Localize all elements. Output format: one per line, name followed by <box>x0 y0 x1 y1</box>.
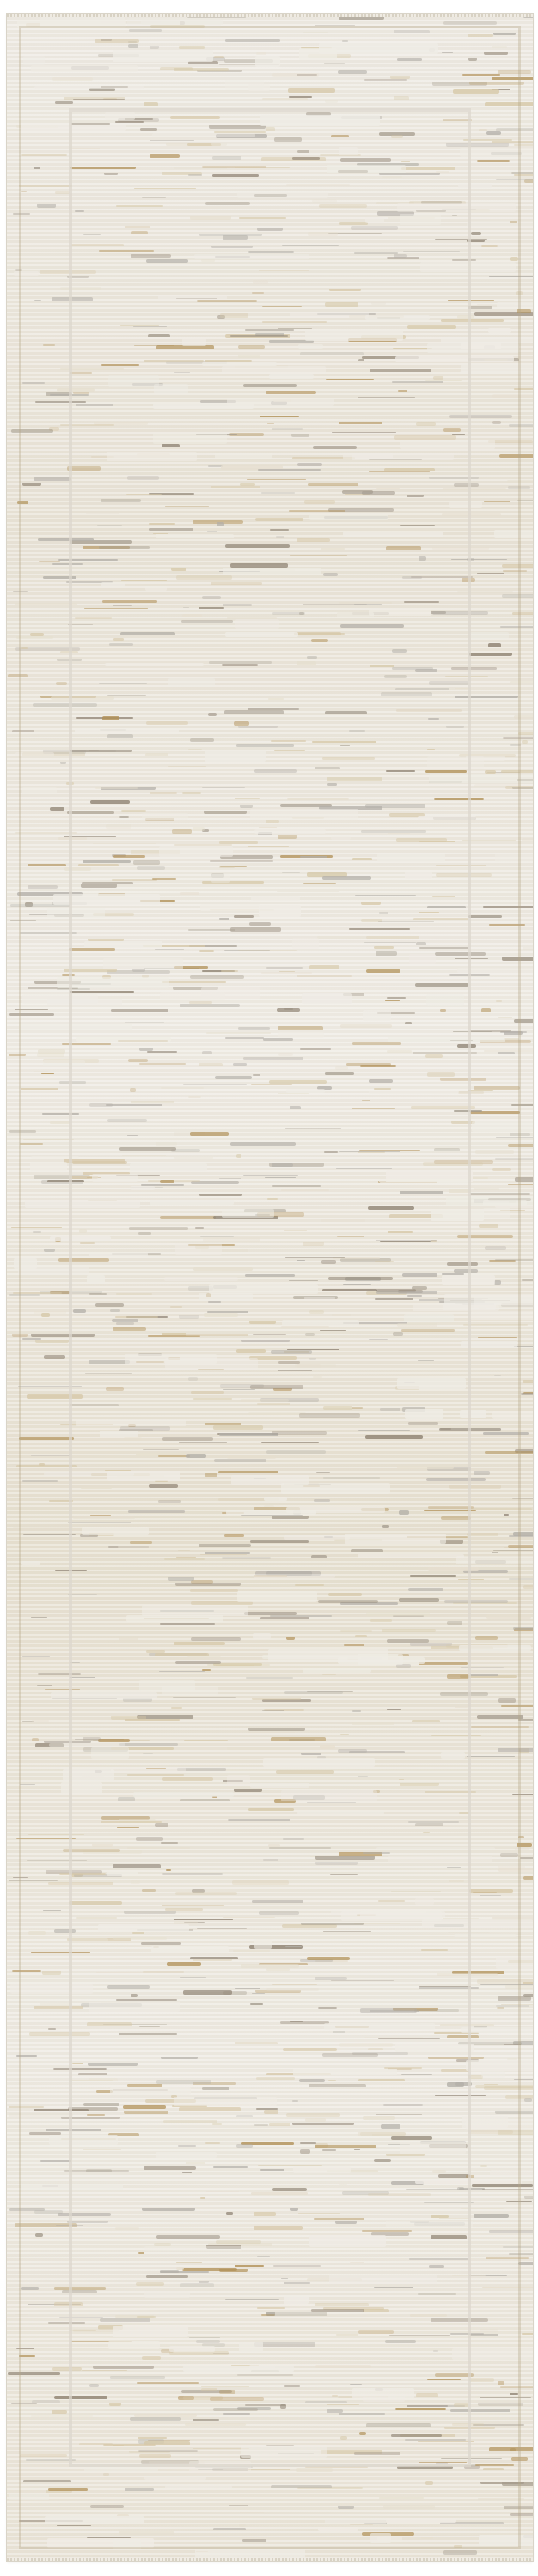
rug-highlight-patch <box>131 1186 155 1190</box>
rug-streak <box>307 1802 356 1803</box>
rug-streak <box>321 548 345 550</box>
rug-streak <box>327 2404 359 2405</box>
rug-streak <box>87 2537 131 2538</box>
rug-streak <box>143 1449 179 1450</box>
rug-streak <box>324 63 345 64</box>
rug-streak <box>64 1159 125 1163</box>
rug-highlight-patch <box>460 148 533 157</box>
rug-streak <box>240 805 253 808</box>
rug-streak <box>349 928 410 930</box>
rug-highlight-patch <box>14 271 39 276</box>
rug-streak <box>205 1473 218 1477</box>
rug-streak <box>86 513 119 514</box>
rug-streak <box>518 2262 533 2266</box>
rug-streak <box>248 2469 290 2470</box>
rug-streak <box>363 2116 396 2120</box>
rug-streak <box>113 1327 146 1332</box>
rug-streak <box>324 1151 338 1153</box>
rug-streak <box>355 895 416 896</box>
rug-highlight-patch <box>352 2388 415 2400</box>
rug-streak <box>447 1674 469 1679</box>
rug-streak <box>138 2450 197 2452</box>
rug-streak <box>522 838 533 841</box>
rug-streak <box>431 2235 467 2239</box>
rug-streak <box>522 1279 533 1281</box>
rug-streak <box>139 2454 170 2458</box>
rug-streak <box>253 1074 260 1076</box>
rug-streak <box>263 1038 294 1041</box>
rug-streak <box>408 1422 439 1425</box>
rug-streak <box>186 2162 205 2164</box>
rug-streak <box>92 1844 113 1847</box>
rug-streak <box>523 947 533 950</box>
rug-highlight-patch <box>174 2097 276 2106</box>
rug-streak <box>248 251 294 253</box>
rug-streak <box>297 463 322 466</box>
rug-streak <box>38 538 94 541</box>
rug-streak <box>11 1227 62 1229</box>
rug-streak <box>13 1877 28 1878</box>
rug-streak <box>344 1644 364 1646</box>
rug-streak <box>212 156 241 160</box>
rug-streak <box>206 1032 271 1035</box>
rug-streak <box>239 2524 246 2527</box>
rug-streak <box>294 632 341 635</box>
rug-streak <box>292 157 320 159</box>
rug-highlight-patch <box>324 2023 435 2030</box>
rug-streak <box>15 603 77 605</box>
rug-streak <box>486 1614 531 1619</box>
rug-streak <box>322 2053 378 2057</box>
rug-streak <box>225 39 280 42</box>
rug-streak <box>328 1593 361 1597</box>
rug-highlight-patch <box>105 112 135 120</box>
rug-highlight-patch <box>461 1341 517 1348</box>
rug-highlight-patch <box>45 2516 144 2524</box>
rug-streak <box>60 287 101 289</box>
rug-highlight-patch <box>365 315 431 320</box>
rug-highlight-patch <box>205 750 266 762</box>
rug-streak <box>66 2451 89 2452</box>
rug-streak <box>295 1584 324 1587</box>
rug-streak <box>62 1043 111 1045</box>
rug-highlight-patch <box>160 992 225 1000</box>
rug-streak <box>147 1051 176 1053</box>
rug-streak <box>225 544 289 548</box>
rug-streak <box>449 415 511 418</box>
rug-streak <box>159 1671 205 1673</box>
rug-streak <box>488 643 500 647</box>
rug-streak <box>517 1843 532 1847</box>
rug-streak <box>441 2458 502 2459</box>
rug-streak <box>419 912 439 913</box>
rug-streak <box>424 2202 474 2203</box>
rug-streak <box>123 2105 165 2108</box>
rug-streak <box>131 231 147 234</box>
rug-highlight-patch <box>31 65 138 72</box>
rug-streak <box>266 1450 326 1454</box>
rug-highlight-patch <box>125 1354 217 1364</box>
rug-streak <box>369 1339 388 1341</box>
rug-streak <box>352 1042 401 1045</box>
rug-streak <box>70 167 135 168</box>
rug-highlight-patch <box>379 1179 469 1183</box>
rug-streak <box>64 2372 111 2373</box>
rug-streak <box>138 2437 167 2439</box>
rug-highlight-patch <box>175 1243 222 1255</box>
rug-streak <box>331 1980 394 1982</box>
rug-streak <box>174 1642 225 1645</box>
rug-streak <box>237 2374 293 2376</box>
rug-streak <box>485 102 533 106</box>
rug-streak <box>119 2531 175 2535</box>
rug-streak <box>270 1615 333 1616</box>
rug-streak <box>283 2048 336 2051</box>
rug-highlight-patch <box>405 872 433 878</box>
rug-streak <box>249 1321 276 1324</box>
rug-streak <box>350 2384 362 2385</box>
rug-streak <box>401 167 455 170</box>
rug-streak <box>393 1332 403 1336</box>
rug-streak <box>284 2385 300 2387</box>
rug-streak <box>408 1821 459 1823</box>
rug-streak <box>241 1399 289 1402</box>
rug-streak <box>281 1326 330 1328</box>
rug-streak <box>164 1558 205 1560</box>
rug-streak <box>352 1710 360 1712</box>
rug-streak <box>43 1910 61 1911</box>
rug-streak <box>282 872 299 873</box>
rug-streak <box>54 2302 83 2306</box>
rug-streak <box>137 2382 199 2384</box>
rug-streak <box>190 975 244 980</box>
rug-streak <box>56 682 67 685</box>
rug-streak <box>83 860 131 862</box>
rug-streak <box>366 1612 430 1616</box>
rug-streak <box>482 2287 533 2288</box>
rug-highlight-patch <box>153 433 227 444</box>
rug-streak <box>121 580 168 582</box>
rug-highlight-patch <box>269 374 313 380</box>
rug-streak <box>299 612 304 615</box>
rug-highlight-patch <box>194 254 309 259</box>
rug-streak <box>41 1073 54 1075</box>
rug-streak <box>200 1554 247 1555</box>
rug-streak <box>402 576 422 579</box>
rug-streak <box>454 2545 462 2548</box>
rug-streak <box>286 2113 341 2117</box>
rug-streak <box>73 1309 85 1313</box>
rug-highlight-patch <box>250 1783 309 1788</box>
rug-highlight-patch <box>405 1409 443 1419</box>
rug-streak <box>53 2068 107 2071</box>
rug-streak <box>20 1143 44 1145</box>
rug-highlight-patch <box>222 366 326 375</box>
rug-streak <box>128 1059 148 1062</box>
rug-streak <box>403 251 460 252</box>
rug-highlight-patch <box>284 1535 349 1540</box>
rug-highlight-patch <box>281 1790 377 1802</box>
rug-highlight-patch <box>400 214 441 225</box>
rug-highlight-patch <box>298 344 323 349</box>
rug-streak <box>254 2342 315 2347</box>
rug-streak <box>359 1150 420 1151</box>
rug-highlight-patch <box>156 534 234 538</box>
rug-highlight-patch <box>318 2527 358 2531</box>
rug-streak <box>461 1667 504 1668</box>
rug-streak <box>376 2114 422 2115</box>
rug-streak <box>366 936 419 939</box>
rug-streak <box>183 1084 247 1085</box>
rug-streak <box>512 787 533 788</box>
rug-streak <box>118 1797 135 1801</box>
rug-streak <box>350 2262 364 2263</box>
rug-highlight-patch <box>397 1378 466 1389</box>
rug-streak <box>408 1588 443 1592</box>
rug-streak <box>262 98 308 100</box>
rug-streak <box>242 2539 266 2542</box>
rug-streak <box>217 1224 236 1224</box>
rug-highlight-patch <box>376 1847 495 1850</box>
rug-streak <box>174 1157 213 1158</box>
rug-highlight-patch <box>302 993 352 1004</box>
rug-highlight-patch <box>251 896 300 901</box>
rug-streak <box>85 1373 132 1375</box>
rug-highlight-patch <box>459 1645 532 1651</box>
rug-streak <box>426 1478 486 1480</box>
rug-streak <box>55 101 73 104</box>
rug-streak <box>9 2113 73 2117</box>
rug-highlight-patch <box>377 2537 402 2542</box>
rug-streak <box>315 767 340 769</box>
rug-streak <box>286 184 350 185</box>
rug-streak <box>489 924 524 926</box>
rug-streak <box>196 2340 220 2343</box>
rug-streak <box>297 150 309 153</box>
rug-streak <box>401 2074 432 2075</box>
rug-streak <box>73 99 125 100</box>
rug-streak <box>212 174 259 177</box>
rug-highlight-patch <box>107 1871 138 1876</box>
rug-streak <box>443 21 497 25</box>
rug-streak <box>104 738 144 739</box>
rug-highlight-patch <box>415 2180 522 2184</box>
rug-streak <box>241 1340 290 1342</box>
rug-streak <box>312 199 338 203</box>
rug-streak <box>236 1109 293 1109</box>
rug-streak <box>68 1594 97 1595</box>
rug-streak <box>199 2281 210 2283</box>
rug-streak <box>303 883 336 884</box>
rug-streak <box>327 783 336 786</box>
rug-streak <box>369 471 431 472</box>
rug-streak <box>183 607 188 608</box>
rug-streak <box>502 2482 533 2485</box>
rug-streak <box>443 428 462 432</box>
rug-highlight-patch <box>127 18 221 29</box>
rug-streak <box>405 1022 412 1024</box>
rug-streak <box>31 2415 93 2417</box>
rug-streak <box>103 2473 109 2476</box>
rug-streak <box>199 950 214 952</box>
rug-streak <box>366 969 400 973</box>
rug-streak <box>290 2208 299 2212</box>
rug-streak <box>239 217 287 219</box>
rug-streak <box>387 1709 401 1710</box>
rug-streak <box>142 1889 156 1892</box>
rug-streak <box>144 2166 196 2169</box>
rug-streak <box>120 1426 170 1430</box>
rug-streak <box>207 531 217 532</box>
rug-streak <box>326 379 373 380</box>
rug-highlight-patch <box>43 1060 85 1066</box>
rug-streak <box>207 1664 270 1666</box>
rug-streak <box>124 1911 176 1914</box>
rug-streak <box>170 1306 182 1307</box>
rug-streak <box>495 2111 533 2114</box>
rug-streak <box>366 2423 430 2427</box>
rug-highlight-patch <box>237 1591 317 1601</box>
rug-streak <box>40 1709 78 1711</box>
rug-streak <box>161 1842 178 1844</box>
rug-streak <box>146 721 188 724</box>
rug-streak <box>63 1849 120 1853</box>
rug-streak <box>340 624 404 628</box>
rug-streak <box>243 1057 303 1060</box>
rug-streak <box>287 798 348 800</box>
rug-streak <box>508 1144 533 1147</box>
rug-streak <box>351 1549 383 1552</box>
rug-streak <box>167 1962 201 1966</box>
rug-streak <box>19 1437 73 1440</box>
rug-streak <box>361 830 426 834</box>
rug-streak <box>116 1999 178 2001</box>
rug-streak <box>108 1641 114 1643</box>
rug-streak <box>415 1823 443 1826</box>
rug-streak <box>376 1291 437 1294</box>
rug-highlight-patch <box>388 1856 492 1863</box>
rug-streak <box>156 2080 211 2084</box>
rug-streak <box>217 522 224 526</box>
rug-highlight-patch <box>358 1554 465 1559</box>
rug-streak <box>20 1784 35 1785</box>
rug-streak <box>514 144 533 146</box>
rug-streak <box>149 523 175 525</box>
rug-streak <box>71 244 124 246</box>
rug-streak <box>391 1891 441 1892</box>
rug-highlight-patch <box>492 1411 533 1419</box>
rug-streak <box>352 1108 395 1109</box>
rug-streak <box>454 1269 478 1273</box>
rug-streak <box>290 2464 315 2464</box>
rug-streak <box>271 740 306 742</box>
rug-streak <box>199 1063 222 1066</box>
rug-streak <box>31 1617 47 1618</box>
rug-highlight-patch <box>442 1275 495 1284</box>
rug-highlight-patch <box>488 328 511 333</box>
rug-streak <box>219 866 235 868</box>
rug-streak <box>413 1052 478 1054</box>
rug-streak <box>183 1990 233 1995</box>
rug-highlight-patch <box>25 1200 140 1208</box>
rug-streak <box>338 70 368 74</box>
rug-streak <box>175 1892 238 1895</box>
rug-streak <box>523 1876 533 1880</box>
rug-streak <box>313 446 357 449</box>
rug-streak <box>34 300 41 301</box>
rug-streak <box>248 1412 305 1415</box>
rug-streak <box>433 376 443 380</box>
rug-streak <box>282 245 339 246</box>
rug-streak <box>57 2525 91 2527</box>
rug-streak <box>485 1246 505 1250</box>
rug-streak <box>173 1697 236 1699</box>
rug-streak <box>397 1466 454 1469</box>
rug-streak <box>510 744 520 746</box>
rug-streak <box>40 2160 70 2162</box>
rug-highlight-patch <box>49 1743 126 1747</box>
rug-streak <box>8 2372 60 2374</box>
rug-streak <box>272 1516 309 1519</box>
rug-streak <box>125 1719 180 1721</box>
rug-streak <box>309 2084 366 2087</box>
rug-highlight-patch <box>259 905 300 917</box>
rug-streak <box>150 140 193 142</box>
rug-streak <box>228 1819 290 1821</box>
rug-streak <box>369 1079 393 1083</box>
rug-streak <box>195 1227 205 1228</box>
rug-streak <box>349 1751 405 1753</box>
rug-streak <box>104 173 118 175</box>
rug-streak <box>407 392 453 392</box>
rug-streak <box>266 391 316 394</box>
rug-streak <box>327 777 382 781</box>
rug-highlight-patch <box>89 1252 148 1257</box>
rug-streak <box>179 1315 199 1319</box>
rug-streak <box>297 538 331 542</box>
rug-highlight-patch <box>395 356 515 362</box>
rug-highlight-patch <box>329 2275 437 2284</box>
rug-streak <box>201 259 215 263</box>
rug-highlight-patch <box>386 2518 456 2523</box>
rug-streak <box>256 2077 295 2080</box>
rug-streak <box>481 245 498 247</box>
rug-streak <box>178 2145 196 2147</box>
rug-streak <box>23 2480 71 2482</box>
rug-highlight-patch <box>441 1752 465 1759</box>
rug-streak <box>278 1093 308 1094</box>
rug-streak <box>58 2213 112 2216</box>
rug-streak <box>149 1484 178 1488</box>
rug-highlight-patch <box>497 302 533 307</box>
rug-streak <box>431 1735 481 1736</box>
rug-streak <box>113 638 124 640</box>
rug-streak <box>451 559 507 560</box>
rug-streak <box>219 2269 248 2272</box>
rug-streak <box>138 1232 151 1235</box>
rug-streak <box>204 811 248 813</box>
rug-streak <box>12 1334 28 1337</box>
rug-highlight-patch <box>309 2235 387 2247</box>
rug-streak <box>335 2221 357 2224</box>
rug-streak <box>388 1231 413 1233</box>
rug-streak <box>253 280 268 284</box>
rug-streak <box>13 1292 62 1293</box>
rug-streak <box>499 454 533 457</box>
rug-streak <box>219 1178 241 1179</box>
rug-highlight-patch <box>61 1782 102 1794</box>
rug-streak <box>75 617 112 619</box>
